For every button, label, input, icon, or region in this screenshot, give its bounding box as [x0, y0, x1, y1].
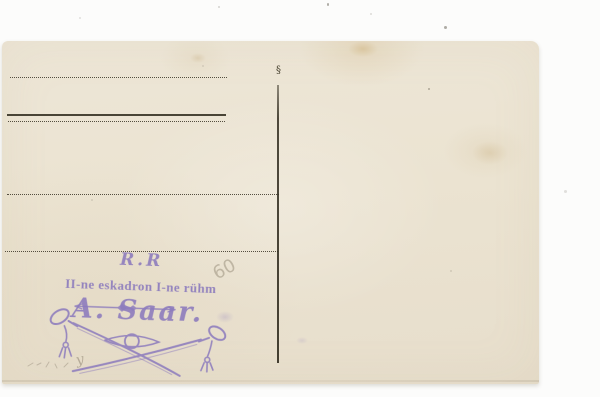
dust-speck — [79, 17, 81, 19]
address-rule-solid — [7, 114, 226, 116]
address-rule-2 — [8, 121, 225, 122]
scan-background: § R.R II-ne eskadron I-ne rühm A. Saar. — [0, 0, 600, 397]
address-rule-3 — [7, 194, 279, 195]
unit-handstamp: R.R II-ne eskadron I-ne rühm A. Saar. — [37, 250, 242, 397]
dust-speck — [370, 13, 372, 15]
crossed-sabers-icon — [41, 301, 234, 386]
dust-speck — [202, 65, 204, 67]
dust-speck — [564, 190, 567, 193]
ink-smudge — [296, 337, 308, 344]
postcard: § R.R II-ne eskadron I-ne rühm A. Saar. — [2, 41, 539, 384]
age-stain — [348, 41, 378, 57]
section-mark: § — [276, 65, 281, 76]
dust-speck — [428, 88, 430, 90]
center-divider-line — [277, 85, 279, 363]
stamp-header: R.R — [81, 248, 202, 272]
dust-speck — [444, 26, 447, 29]
dust-speck — [327, 3, 329, 6]
pencil-scribble-icon — [26, 355, 78, 371]
card-crease — [2, 380, 539, 382]
address-rule-1 — [10, 77, 227, 78]
dust-speck — [218, 6, 220, 8]
age-stain — [472, 141, 508, 165]
age-stain — [190, 53, 206, 63]
dust-speck — [450, 270, 452, 272]
dust-speck — [91, 199, 93, 201]
